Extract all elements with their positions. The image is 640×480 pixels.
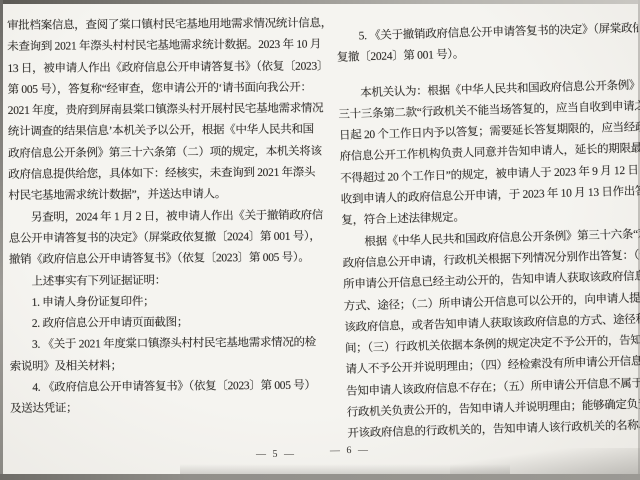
document-line: 索说明》及相关材料； [10, 354, 328, 378]
document-line: 政府信息公开条例》第三十六条第（二）项的规定，本机关将该 [8, 141, 326, 165]
document-line: 1. 申请人身份证复印件； [9, 290, 327, 314]
document-line: 撤销《政府信息公开申请答复书》（依复〔2023〕第 005 号）。 [9, 248, 327, 272]
page-5: 审批档案信息，查阅了棠口镇村民宅基地用地需求情况统计信息， 未查询到 2021 … [7, 14, 328, 421]
page-number: — 5 — [256, 449, 296, 460]
document-line: 村民宅基地需求统计数据”，并送达申请人。 [8, 184, 326, 208]
scan-edge-left [0, 0, 3, 480]
document-line: 3. 《关于 2021 年度棠口镇漈头村村民宅基地需求情况的检 [10, 333, 328, 357]
document-line: 第 005 号），答复称“经审查，您申请公开的‘请书面向我公开： [8, 77, 326, 101]
document-line: 上述事实有下列证据证明： [9, 269, 327, 293]
page-number: — 6 — [330, 445, 370, 457]
document-line: 13 日，被申请人作出《政府信息公开申请答复书》（依复〔2023〕 [7, 56, 325, 80]
document-line: 及送达凭证； [10, 397, 328, 421]
scan-edge-top [0, 0, 640, 4]
document-line: 2. 政府信息公开申请页面截图； [9, 312, 327, 336]
document-line: 另查明，2024 年 1 月 2 日，被申请人作出《关于撤销政府信 [9, 205, 327, 229]
document-line: 审批档案信息，查阅了棠口镇村民宅基地用地需求情况统计信息， [7, 14, 325, 38]
page-6: 5. 《关于撤销政府信息公开申请答复书的决定》（屏棠政依 复撤〔2024〕第 0… [336, 19, 640, 446]
document-line: 统计调查的结果信息’本机关予以公开，根据《中华人民共和国 [8, 120, 326, 144]
document-line: 息公开申请答复书的决定》（屏棠政依复撤〔2024〕第 001 号）， [9, 226, 327, 250]
scan-shadow-bottom-middle [180, 464, 510, 474]
scan-edge-bottom [0, 474, 640, 480]
document-line: 政府信息提供给您，具体如下：经核实，未查询到 2021 年漈头 [8, 163, 326, 187]
document-line: 未查询到 2021 年漈头村村民宅基地需求统计数据。2023 年 10 月 [7, 35, 325, 59]
document-line: 4. 《政府信息公开申请答复书》（依复〔2023〕第 005 号） [10, 376, 328, 400]
document-line: 2021 年度，贵府到屏南县棠口镇漈头村开展村民宅基地需求情况 [8, 99, 326, 123]
